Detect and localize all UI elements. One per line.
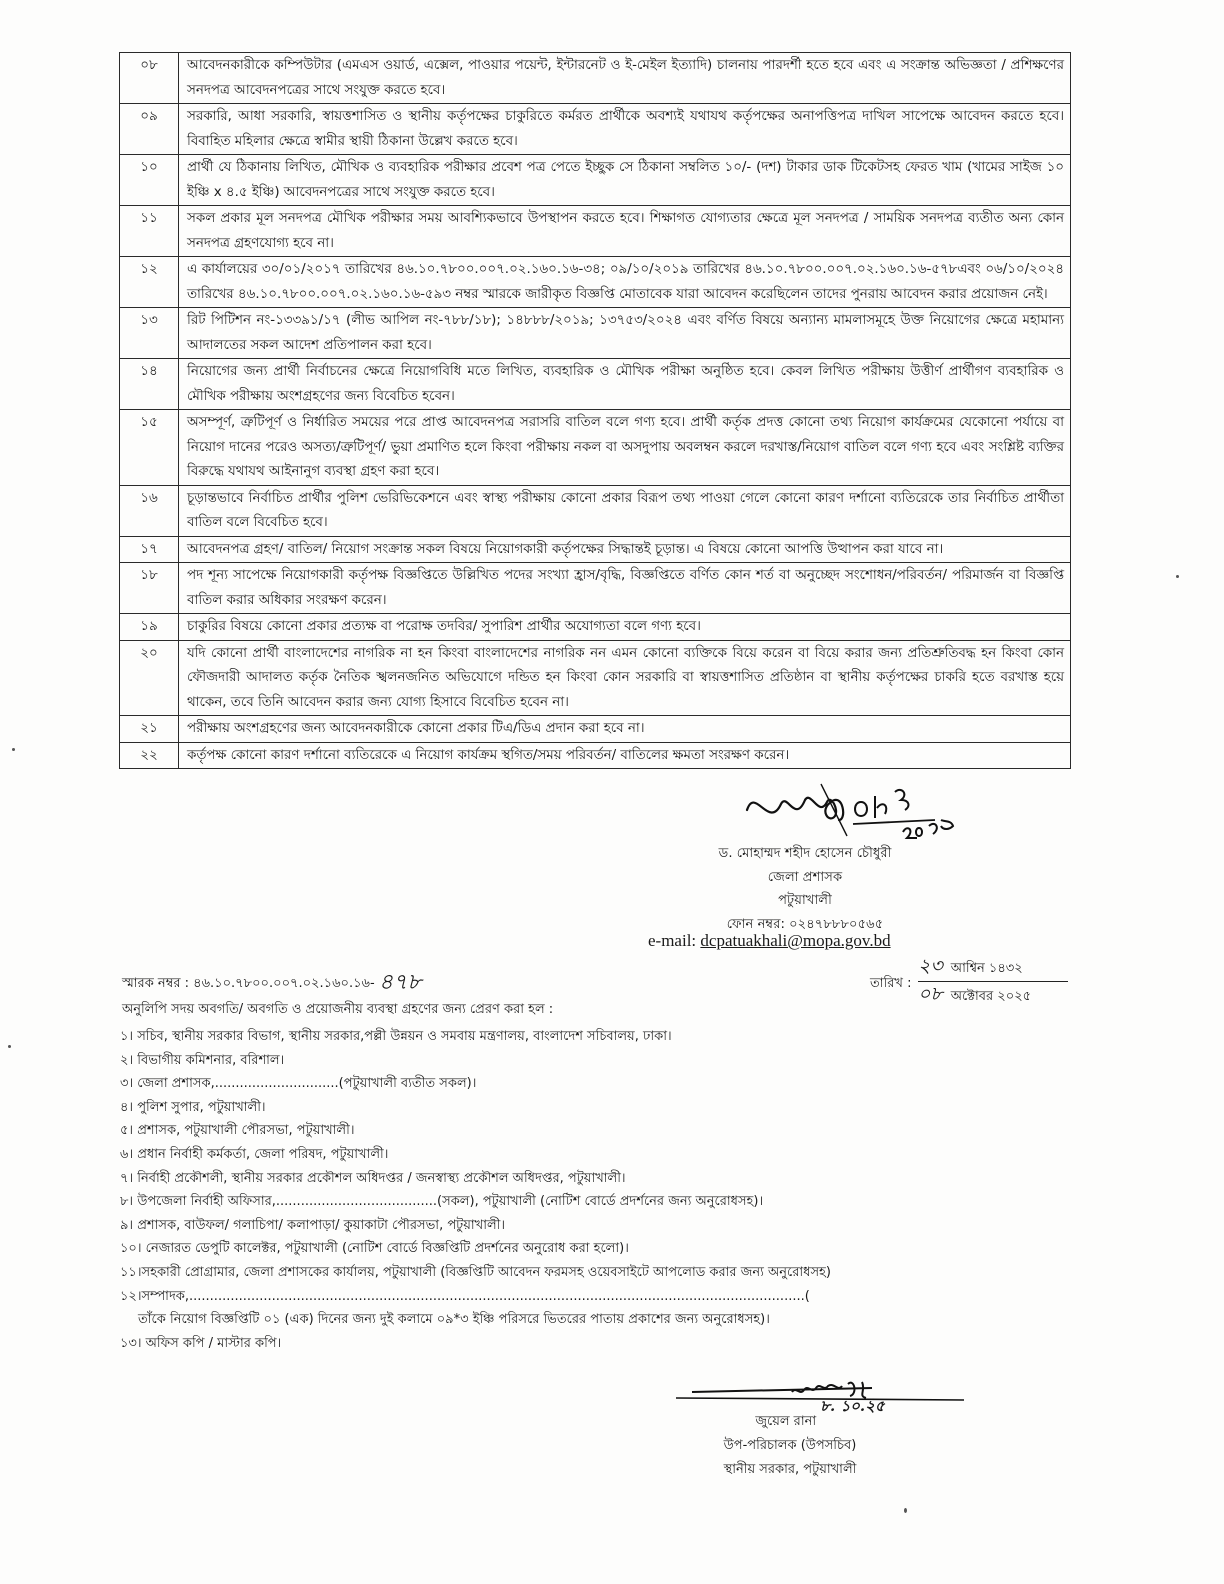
- term-number: ০৮: [120, 53, 179, 104]
- copy-recipient: ১। সচিব, স্থানীয় সরকার বিভাগ, স্থানীয় …: [120, 1025, 1080, 1049]
- term-number: ১৪: [120, 359, 179, 410]
- term-row: ২২কর্তৃপক্ষ কোনো কারণ দর্শানো ব্যতিরেকে …: [120, 742, 1071, 769]
- term-row: ১৩রিট পিটিশন নং-১৩৩৯১/১৭ (লীভ আপিল নং-৭৮…: [120, 308, 1071, 359]
- copy-recipient: ৫। প্রশাসক, পটুয়াখালী পৌরসভা, পটুয়াখাল…: [120, 1119, 1080, 1143]
- deputy-director-name: জুয়েল রানা: [755, 1414, 816, 1429]
- term-number: ২১: [120, 716, 179, 743]
- scan-speck: [904, 1508, 907, 1513]
- term-text: সকল প্রকার মূল সনদপত্র মৌখিক পরীক্ষার সম…: [179, 206, 1071, 257]
- term-row: ১৪নিয়োগের জন্য প্রার্থী নির্বাচনের ক্ষে…: [120, 359, 1071, 410]
- copy-recipient: ১১।সহকারী প্রোগ্রামার, জেলা প্রশাসকের কা…: [120, 1261, 1080, 1285]
- term-text: আবেদনকারীকে কম্পিউটার (এমএস ওয়ার্ড, এক্…: [179, 53, 1071, 104]
- term-row: ০৮আবেদনকারীকে কম্পিউটার (এমএস ওয়ার্ড, এ…: [120, 53, 1071, 104]
- term-row: ২১পরীক্ষায় অংশগ্রহণের জন্য আবেদনকারীকে …: [120, 716, 1071, 743]
- term-text: রিট পিটিশন নং-১৩৩৯১/১৭ (লীভ আপিল নং-৭৮৮/…: [179, 308, 1071, 359]
- term-number: ১৮: [120, 563, 179, 614]
- copy-recipient: ৪। পুলিশ সুপার, পটুয়াখালী।: [120, 1096, 1080, 1120]
- scan-speck: [12, 748, 15, 751]
- term-number: ১৬: [120, 485, 179, 536]
- term-number: ০৯: [120, 104, 179, 155]
- term-text: চূড়ান্তভাবে নির্বাচিত প্রার্থীর পুলিশ ভ…: [179, 485, 1071, 536]
- term-number: ২২: [120, 742, 179, 769]
- term-row: ২০যদি কোনো প্রার্থী বাংলাদেশের নাগরিক না…: [120, 640, 1071, 716]
- copy-recipient: ১০। নেজারত ডেপুটি কালেক্টর, পটুয়াখালী (…: [120, 1237, 1080, 1261]
- term-text: আবেদনপত্র গ্রহণ/ বাতিল/ নিয়োগ সংক্রান্ত…: [179, 536, 1071, 563]
- email-link[interactable]: dcpatuakhali@mopa.gov.bd: [700, 931, 890, 950]
- term-text: অসম্পূর্ণ, ত্রুটিপূর্ণ ও নির্ধারিত সময়ে…: [179, 410, 1071, 486]
- copy-recipient: ৬। প্রধান নির্বাহী কর্মকর্তা, জেলা পরিষদ…: [120, 1143, 1080, 1167]
- dc-district: পটুয়াখালী: [640, 889, 970, 913]
- deputy-director-office: স্থানীয় সরকার, পটুয়াখালী: [660, 1458, 920, 1482]
- term-row: ১৫অসম্পূর্ণ, ত্রুটিপূর্ণ ও নির্ধারিত সময…: [120, 410, 1071, 486]
- copy-recipient: ১২।সম্পাদক,.............................…: [120, 1285, 1080, 1309]
- copy-recipient: ১৩। অফিস কপি / মাস্টার কপি।: [120, 1332, 1080, 1356]
- memo-handwritten-number: ৪৭৮: [379, 970, 422, 995]
- scan-speck: [1176, 575, 1179, 578]
- term-number: ১৯: [120, 614, 179, 641]
- term-number: ১৭: [120, 536, 179, 563]
- deputy-director-block: জুয়েল রানা ৮. ১০.২৫ উপ-পরিচালক (উপসচিব)…: [660, 1408, 920, 1482]
- term-row: ১৭আবেদনপত্র গ্রহণ/ বাতিল/ নিয়োগ সংক্রান…: [120, 536, 1071, 563]
- date-label: তারিখ :: [870, 974, 911, 995]
- dc-signature: [735, 780, 965, 842]
- dc-name: ড. মোহাম্মদ শহীদ হোসেন চৌধুরী: [640, 842, 970, 866]
- term-text: সরকারি, আধা সরকারি, স্বায়ত্তশাসিত ও স্থ…: [179, 104, 1071, 155]
- term-row: ১৯চাকুরির বিষয়ে কোনো প্রকার প্রত্যক্ষ ব…: [120, 614, 1071, 641]
- bangla-date: ২৩আশ্বিন ১৪৩২: [918, 956, 1068, 982]
- term-row: ১৮পদ শূন্য সাপেক্ষে নিয়োগকারী কর্তৃপক্ষ…: [120, 563, 1071, 614]
- term-text: যদি কোনো প্রার্থী বাংলাদেশের নাগরিক না হ…: [179, 640, 1071, 716]
- term-number: ১০: [120, 155, 179, 206]
- terms-table: ০৮আবেদনকারীকে কম্পিউটার (এমএস ওয়ার্ড, এ…: [119, 52, 1071, 769]
- term-text: প্রার্থী যে ঠিকানায় লিখিত, মৌখিক ও ব্যব…: [179, 155, 1071, 206]
- date-fraction: ২৩আশ্বিন ১৪৩২ ০৮অক্টোবর ২০২৫: [918, 956, 1068, 1007]
- term-number: ১২: [120, 257, 179, 308]
- term-text: নিয়োগের জন্য প্রার্থী নির্বাচনের ক্ষেত্…: [179, 359, 1071, 410]
- copy-recipient: ৮। উপজেলা নির্বাহী অফিসার,..............…: [120, 1190, 1080, 1214]
- term-row: ১১সকল প্রকার মূল সনদপত্র মৌখিক পরীক্ষার …: [120, 206, 1071, 257]
- term-text: এ কার্যালয়ের ৩০/০১/২০১৭ তারিখের ৪৬.১০.৭…: [179, 257, 1071, 308]
- term-text: পদ শূন্য সাপেক্ষে নিয়োগকারী কর্তৃপক্ষ ব…: [179, 563, 1071, 614]
- english-date: ০৮অক্টোবর ২০২৫: [918, 982, 1068, 1007]
- term-number: ১৫: [120, 410, 179, 486]
- scan-speck: [8, 1045, 11, 1048]
- dc-email-line: e-mail: dcpatuakhali@mopa.gov.bd: [648, 931, 891, 951]
- term-text: কর্তৃপক্ষ কোনো কারণ দর্শানো ব্যতিরেকে এ …: [179, 742, 1071, 769]
- deputy-director-name-line: জুয়েল রানা ৮. ১০.২৫: [660, 1408, 920, 1434]
- memo-number: স্মারক নম্বর : ৪৬.১০.৭৮০০.০০৭.০২.১৬০.১৬-…: [122, 965, 422, 1002]
- dc-signatory-block: ড. মোহাম্মদ শহীদ হোসেন চৌধুরী জেলা প্রশা…: [640, 842, 970, 936]
- term-number: ১৩: [120, 308, 179, 359]
- copy-intro: অনুলিপি সদয় অবগতি/ অবগতি ও প্রয়োজনীয় …: [122, 1000, 553, 1021]
- term-row: ১০প্রার্থী যে ঠিকানায় লিখিত, মৌখিক ও ব্…: [120, 155, 1071, 206]
- dc-designation: জেলা প্রশাসক: [640, 866, 970, 890]
- memo-label: স্মারক নম্বর : ৪৬.১০.৭৮০০.০০৭.০২.১৬০.১৬-: [122, 976, 375, 991]
- copy-recipient: ৩। জেলা প্রশাসক,........................…: [120, 1072, 1080, 1096]
- term-row: ০৯সরকারি, আধা সরকারি, স্বায়ত্তশাসিত ও স…: [120, 104, 1071, 155]
- notice-page: ০৮আবেদনকারীকে কম্পিউটার (এমএস ওয়ার্ড, এ…: [0, 0, 1224, 1584]
- signature-date: ৮. ১০.২৫: [820, 1397, 884, 1415]
- term-number: ২০: [120, 640, 179, 716]
- deputy-director-designation: উপ-পরিচালক (উপসচিব): [660, 1434, 920, 1458]
- term-row: ১৬চূড়ান্তভাবে নির্বাচিত প্রার্থীর পুলিশ…: [120, 485, 1071, 536]
- term-row: ১২এ কার্যালয়ের ৩০/০১/২০১৭ তারিখের ৪৬.১০…: [120, 257, 1071, 308]
- copy-recipient: তাঁকে নিয়োগ বিজ্ঞপ্তিটি ০১ (এক) দিনের জ…: [120, 1308, 1080, 1332]
- term-text: চাকুরির বিষয়ে কোনো প্রকার প্রত্যক্ষ বা …: [179, 614, 1071, 641]
- copy-recipient: ৭। নির্বাহী প্রকৌশলী, স্থানীয় সরকার প্র…: [120, 1167, 1080, 1191]
- copy-list: ১। সচিব, স্থানীয় সরকার বিভাগ, স্থানীয় …: [120, 1025, 1080, 1355]
- copy-recipient: ৯। প্রশাসক, বাউফল/ গলাচিপা/ কলাপাড়া/ কু…: [120, 1214, 1080, 1238]
- term-number: ১১: [120, 206, 179, 257]
- email-label: e-mail:: [648, 931, 696, 950]
- copy-recipient: ২। বিভাগীয় কমিশনার, বরিশাল।: [120, 1049, 1080, 1073]
- term-text: পরীক্ষায় অংশগ্রহণের জন্য আবেদনকারীকে কো…: [179, 716, 1071, 743]
